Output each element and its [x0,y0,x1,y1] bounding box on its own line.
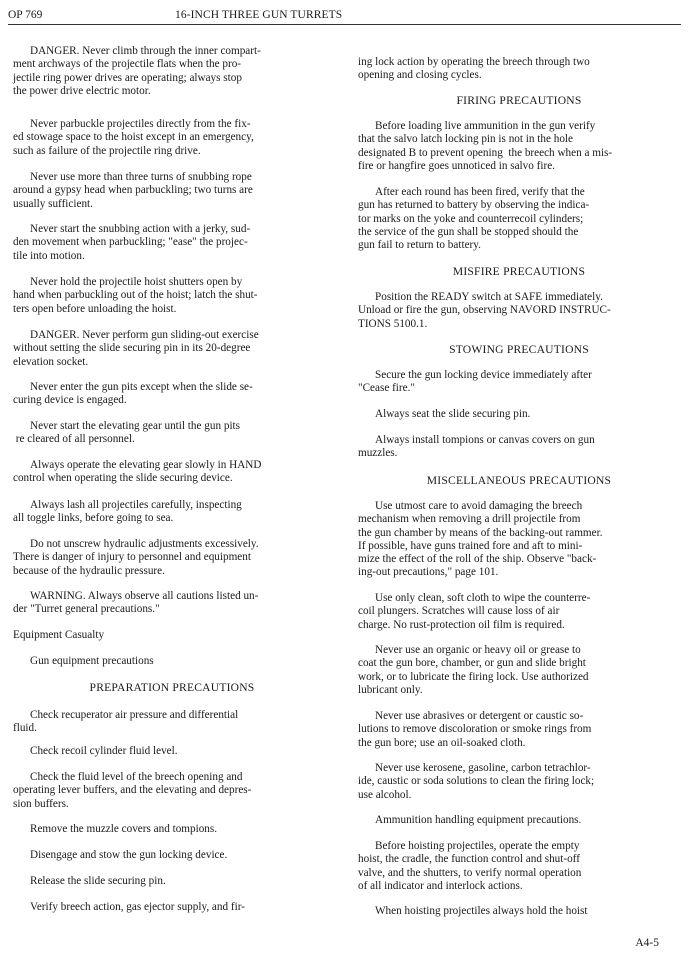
text-line: Before loading live ammunition in the gu… [358,120,680,133]
text-line: that the salvo latch locking pin is not … [358,133,680,146]
text-line: Never enter the gun pits except when the… [13,381,331,394]
paragraph: DANGER. Never perform gun sliding-out ex… [13,329,331,369]
paragraph: Check the fluid level of the breech open… [13,771,331,811]
text-line: tor marks on the yoke and counterrecoil … [358,213,680,226]
text-line: elevation socket. [13,356,331,369]
text-line: After each round has been fired, verify … [358,186,680,199]
text-line: Never use abrasives or detergent or caus… [358,710,680,723]
text-line: ide, caustic or soda solutions to clean … [358,775,680,788]
section-heading: MISFIRE PRECAUTIONS [358,265,680,278]
paragraph: Never use an organic or heavy oil or gre… [358,644,680,697]
text-line: hand when parbuckling out of the hoist; … [13,289,331,302]
text-line: designated B to prevent opening the bree… [358,147,680,160]
text-line: There is danger of injury to personnel a… [13,551,331,564]
section-heading: MISCELLANEOUS PRECAUTIONS [358,474,680,487]
text-line: ters open before unloading the hoist. [13,303,331,316]
text-line: Disengage and stow the gun locking devic… [13,849,331,862]
text-line: the gun bore; use an oil-soaked cloth. [358,737,680,750]
text-line: charge. No rust-protection oil film is r… [358,619,680,632]
text-line: Always install tompions or canvas covers… [358,434,680,447]
text-line: muzzles. [358,447,680,460]
text-line: mechanism when removing a drill projecti… [358,513,680,526]
paragraph: Ammunition handling equipment precaution… [358,814,680,827]
text-line: Never use more than three turns of snubb… [13,171,331,184]
text-line: ment archways of the projectile flats wh… [13,58,331,71]
text-line: Check the fluid level of the breech open… [13,771,331,784]
text-line: TIONS 5100.1. [358,318,680,331]
text-line: den movement when parbuckling; "ease" th… [13,236,331,249]
text-line: all toggle links, before going to sea. [13,512,331,525]
paragraph: Disengage and stow the gun locking devic… [13,849,331,862]
text-line: tile into motion. [13,250,331,263]
text-line: Check recuperator air pressure and diffe… [13,709,331,722]
paragraph: WARNING. Always observe all cautions lis… [13,590,331,617]
paragraph: Check recuperator air pressure and diffe… [13,709,331,736]
text-line: operating lever buffers, and the elevati… [13,784,331,797]
text-line: Never parbuckle projectiles directly fro… [13,118,331,131]
document-id: OP 769 [8,7,42,24]
page-title: 16-INCH THREE GUN TURRETS [175,7,342,24]
paragraph: Never parbuckle projectiles directly fro… [13,118,331,158]
text-line: Use utmost care to avoid damaging the br… [358,500,680,513]
text-line: control when operating the slide securin… [13,472,331,485]
paragraph: Never use kerosene, gasoline, carbon tet… [358,762,680,802]
text-line: Equipment Casualty [13,629,331,642]
section-heading: STOWING PRECAUTIONS [358,343,680,356]
text-line: Remove the muzzle covers and tompions. [13,823,331,836]
text-line: Unload or fire the gun, observing NAVORD… [358,304,680,317]
text-line: "Cease fire." [358,382,680,395]
text-line: such as failure of the projectile ring d… [13,145,331,158]
text-line: re cleared of all personnel. [13,433,331,446]
text-line: Never use kerosene, gasoline, carbon tet… [358,762,680,775]
text-line: DANGER. Never climb through the inner co… [13,45,331,58]
text-line: lutions to remove discoloration or smoke… [358,723,680,736]
paragraph: Always lash all projectiles carefully, i… [13,499,331,526]
text-line: ed stowage space to the hoist except in … [13,131,331,144]
text-line: DANGER. Never perform gun sliding-out ex… [13,329,331,342]
text-line: jectile ring power drives are operating;… [13,72,331,85]
text-line: ing lock action by operating the breech … [358,56,680,69]
text-line: curing device is engaged. [13,394,331,407]
paragraph: Do not unscrew hydraulic adjustments exc… [13,538,331,578]
text-line: Always seat the slide securing pin. [358,408,680,421]
text-line: opening and closing cycles. [358,69,680,82]
text-line: hoist, the cradle, the function control … [358,853,680,866]
paragraph: Use utmost care to avoid damaging the br… [358,500,680,580]
paragraph: Never use more than three turns of snubb… [13,171,331,211]
paragraph: Release the slide securing pin. [13,875,331,888]
text-line: Never start the elevating gear until the… [13,420,331,433]
paragraph: Never start the snubbing action with a j… [13,223,331,263]
page-header: OP 769 16-INCH THREE GUN TURRETS [8,7,681,25]
text-line: If possible, have guns trained fore and … [358,540,680,553]
text-line: use alcohol. [358,789,680,802]
paragraph: Gun equipment precautions [13,655,331,668]
text-line: Secure the gun locking device immediatel… [358,369,680,382]
text-line: the gun chamber by means of the backing-… [358,527,680,540]
paragraph: DANGER. Never climb through the inner co… [13,45,331,98]
text-line: When hoisting projectiles always hold th… [358,905,680,918]
text-line: Never start the snubbing action with a j… [13,223,331,236]
text-line: Verify breech action, gas ejector supply… [13,901,331,914]
paragraph: Position the READY switch at SAFE immedi… [358,291,680,331]
text-line: Check recoil cylinder fluid level. [13,745,331,758]
paragraph: Never start the elevating gear until the… [13,420,331,447]
paragraph: Equipment Casualty [13,629,331,642]
text-line: work, or to lubricate the firing lock. U… [358,671,680,684]
text-line: Do not unscrew hydraulic adjustments exc… [13,538,331,551]
section-heading: PREPARATION PRECAUTIONS [13,681,331,694]
text-line: the service of the gun shall be stopped … [358,226,680,239]
text-line: Always operate the elevating gear slowly… [13,459,331,472]
text-line: mize the effect of the roll of the ship.… [358,553,680,566]
page-number: A4-5 [635,937,659,949]
paragraph: Never enter the gun pits except when the… [13,381,331,408]
text-line: sion buffers. [13,798,331,811]
paragraph: Always install tompions or canvas covers… [358,434,680,461]
paragraph: Before loading live ammunition in the gu… [358,120,680,173]
paragraph: Use only clean, soft cloth to wipe the c… [358,592,680,632]
text-line: coat the gun bore, chamber, or gun and s… [358,657,680,670]
text-line: fluid. [13,722,331,735]
text-line: der "Turret general precautions." [13,603,331,616]
text-line: Use only clean, soft cloth to wipe the c… [358,592,680,605]
paragraph: Remove the muzzle covers and tompions. [13,823,331,836]
paragraph: Secure the gun locking device immediatel… [358,369,680,396]
text-line: Never use an organic or heavy oil or gre… [358,644,680,657]
paragraph: Verify breech action, gas ejector supply… [13,901,331,914]
text-line: ing-out precautions," page 101. [358,566,680,579]
paragraph: After each round has been fired, verify … [358,186,680,252]
text-line: of all indicator and interlock actions. [358,880,680,893]
paragraph: When hoisting projectiles always hold th… [358,905,680,918]
text-line: Always lash all projectiles carefully, i… [13,499,331,512]
paragraph: Before hoisting projectiles, operate the… [358,840,680,893]
section-heading: FIRING PRECAUTIONS [358,94,680,107]
text-line: Ammunition handling equipment precaution… [358,814,680,827]
paragraph: ing lock action by operating the breech … [358,56,680,83]
text-line: Gun equipment precautions [13,655,331,668]
text-line: coil plungers. Scratches will cause loss… [358,605,680,618]
text-line: Position the READY switch at SAFE immedi… [358,291,680,304]
paragraph: Always operate the elevating gear slowly… [13,459,331,486]
text-line: usually sufficient. [13,198,331,211]
text-line: fire or hangfire goes unnoticed in salvo… [358,160,680,173]
paragraph: Always seat the slide securing pin. [358,408,680,421]
paragraph: Never use abrasives or detergent or caus… [358,710,680,750]
paragraph: Check recoil cylinder fluid level. [13,745,331,758]
text-line: because of the hydraulic pressure. [13,565,331,578]
text-line: WARNING. Always observe all cautions lis… [13,590,331,603]
text-line: Never hold the projectile hoist shutters… [13,276,331,289]
text-line: Release the slide securing pin. [13,875,331,888]
text-line: Before hoisting projectiles, operate the… [358,840,680,853]
text-line: gun has returned to battery by observing… [358,199,680,212]
paragraph: Never hold the projectile hoist shutters… [13,276,331,316]
text-line: gun fail to return to battery. [358,239,680,252]
text-line: valve, and the shutters, to verify norma… [358,867,680,880]
text-line: around a gypsy head when parbuckling; tw… [13,184,331,197]
text-line: without setting the slide securing pin i… [13,342,331,355]
text-line: lubricant only. [358,684,680,697]
text-line: the power drive electric motor. [13,85,331,98]
